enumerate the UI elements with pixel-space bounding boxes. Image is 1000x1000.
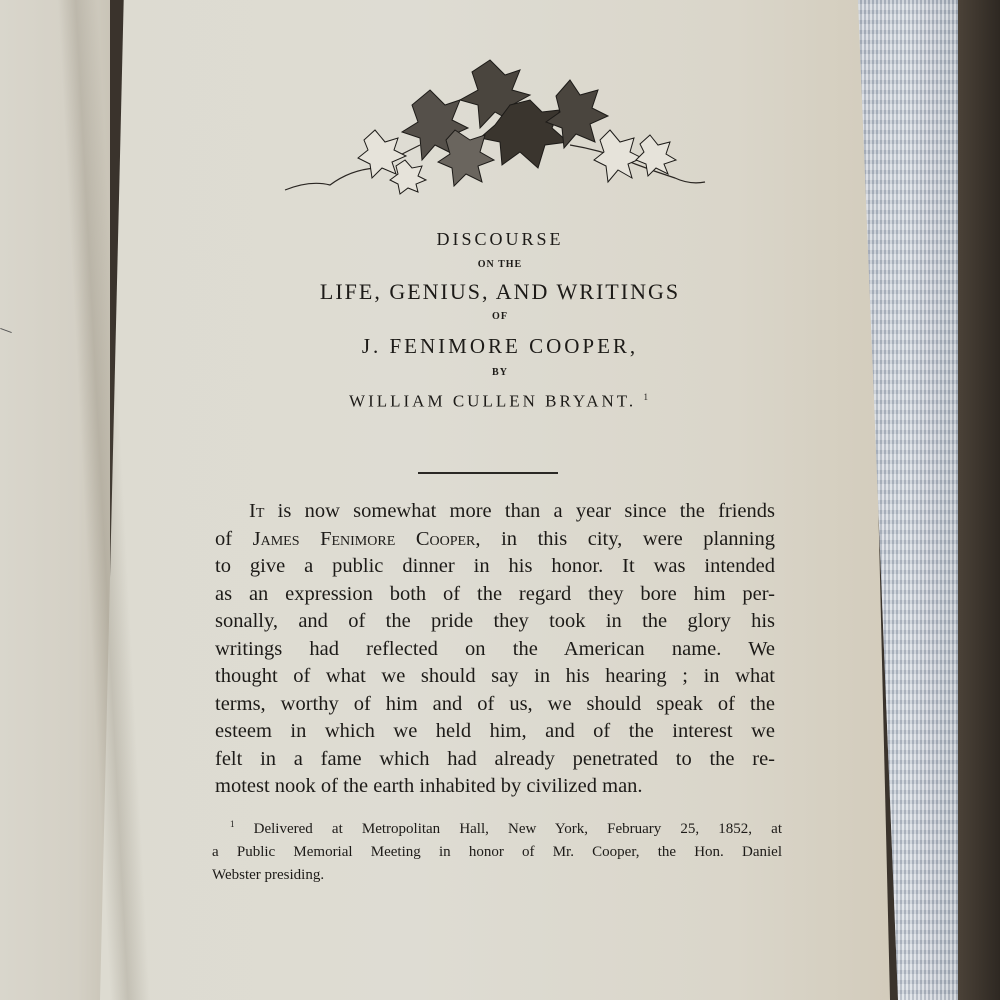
title-discourse: DISCOURSE xyxy=(200,228,800,250)
body-line-9: esteem in which we held him, and of the … xyxy=(215,718,775,746)
author-name: WILLIAM CULLEN BRYANT. xyxy=(349,392,636,411)
body-line-1: It is now somewhat more than a year sinc… xyxy=(215,498,775,526)
footnote-line-1-text: Delivered at Metropolitan Hall, New York… xyxy=(254,821,782,837)
body-line-2-pre: of xyxy=(215,528,253,550)
body-line-8: terms, worthy of him and of us, we shoul… xyxy=(215,691,775,719)
horizontal-rule xyxy=(418,472,558,474)
title-by: BY xyxy=(200,366,800,380)
ivy-leaf-vignette-icon xyxy=(280,50,710,195)
body-line-5: sonally, and of the pride they took in t… xyxy=(215,608,775,636)
title-of: OF xyxy=(200,310,800,324)
body-line-2: of James Fenimore Cooper, in this city, … xyxy=(215,526,775,554)
body-paragraph: It is now somewhat more than a year sinc… xyxy=(215,498,775,801)
footnote-line-1: 1 Delivered at Metropolitan Hall, New Yo… xyxy=(212,813,782,841)
background-edge xyxy=(958,0,1000,1000)
body-line-6: writings had reflected on the American n… xyxy=(215,636,775,664)
footnote-line-2: a Public Memorial Meeting in honor of Mr… xyxy=(212,841,782,864)
body-line-11: motest nook of the earth inhabited by ci… xyxy=(215,773,775,801)
title-block: DISCOURSE ON THE LIFE, GENIUS, AND WRITI… xyxy=(200,228,800,413)
title-life-genius-writings: LIFE, GENIUS, AND WRITINGS xyxy=(200,278,800,306)
drop-smallcaps-word: It xyxy=(249,500,264,522)
subject-name-smallcaps: James Fenimore Cooper xyxy=(253,528,476,550)
pen-mark xyxy=(0,328,12,333)
footnote-line-3: Webster presiding. xyxy=(212,864,782,887)
footnote-reference: 1 xyxy=(643,392,651,402)
body-line-2-post: , in this city, were planning xyxy=(475,528,775,550)
title-subject-name: J. FENIMORE COOPER, xyxy=(200,332,800,360)
footnote: 1 Delivered at Metropolitan Hall, New Yo… xyxy=(212,813,782,887)
body-line-1-text: is now somewhat more than a year since t… xyxy=(264,500,775,522)
body-line-3: to give a public dinner in his honor. It… xyxy=(215,553,775,581)
body-line-10: felt in a fame which had already penetra… xyxy=(215,746,775,774)
body-line-7: thought of what we should say in his hea… xyxy=(215,663,775,691)
body-line-4: as an expression both of the regard they… xyxy=(215,581,775,609)
footnote-marker: 1 xyxy=(230,819,235,829)
title-author: WILLIAM CULLEN BRYANT. 1 xyxy=(200,386,800,413)
title-on-the: ON THE xyxy=(200,258,800,272)
